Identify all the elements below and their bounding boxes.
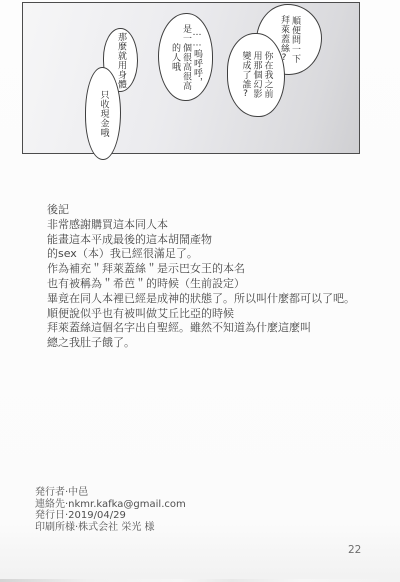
colophon-printer: 印刷所様·株式会社 栄光 様 <box>35 522 335 534</box>
bubble-text-column: 順便問一下 <box>289 15 300 64</box>
colophon-date: 発行日·2019/04/29 <box>35 510 335 522</box>
page-number: 22 <box>348 544 361 556</box>
afterword-line: 作為補充＂拜萊蓋絲＂是示巴女王的本名 <box>47 262 382 277</box>
afterword-text: 後記 非常感謝購買這本同人本 能畫這本平成最後的這本胡鬧產物 的sex（本）我已… <box>47 203 382 351</box>
bubble-text: ……嗚呼呼， 是一個很高很高 的人哦 <box>169 24 202 91</box>
colophon: 発行者·中邑 連絡先·nkmr.kafka@gmail.com 発行日·2019… <box>35 487 335 533</box>
afterword-line: 畢竟在同人本裡已經是成神的狀態了。所以叫什麼都可以了吧。 <box>47 292 382 307</box>
bubble-text: 你在我之前 用那個幻影 變成了誰? <box>240 51 273 100</box>
afterword-line: 也有被稱為＂希芭＂的時候（生前設定） <box>47 277 382 292</box>
bubble-text-column: 的人哦 <box>169 24 180 91</box>
bubble-text-column: ……嗚呼呼， <box>191 24 202 91</box>
bubble-text-column: 變成了誰? <box>240 51 251 100</box>
colophon-publisher: 発行者·中邑 <box>35 487 335 499</box>
afterword-title: 後記 <box>47 203 382 218</box>
afterword-line: 順便說似乎也有被叫做艾丘比亞的時候 <box>47 307 382 322</box>
bubble-text: 只收現金哦 <box>98 90 109 138</box>
afterword-line: 非常感謝購買這本同人本 <box>47 218 382 233</box>
afterword-line: 的sex（本）我已經很滿足了。 <box>47 247 382 262</box>
bubble-text: 那麼就用身體 <box>115 32 126 89</box>
manga-panel: 順便問一下 拜萊蓋絲? ……嗚呼呼， 是一個很高很高 的人哦 你在我之前 用那個… <box>22 2 360 154</box>
afterword-line: 拜萊蓋絲這個名字出自聖經。雖然不知道為什麼這麼叫 <box>47 321 382 336</box>
speech-bubble-cash: 只收現金哦 <box>85 67 121 160</box>
afterword-line: 總之我肚子餓了。 <box>47 336 382 351</box>
speech-bubble-who: 你在我之前 用那個幻影 變成了誰? <box>227 33 285 117</box>
bubble-text-column: 那麼就用身體 <box>115 32 126 89</box>
scanned-doujin-page: 順便問一下 拜萊蓋絲? ……嗚呼呼， 是一個很高很高 的人哦 你在我之前 用那個… <box>0 0 400 582</box>
bubble-text-column: 用那個幻影 <box>251 51 262 100</box>
bubble-text-column: 是一個很高很高 <box>180 24 191 91</box>
bubble-text-column: 你在我之前 <box>262 51 273 100</box>
bubble-text-column: 只收現金哦 <box>98 90 109 138</box>
afterword-line: 能畫這本平成最後的這本胡鬧產物 <box>47 233 382 248</box>
colophon-contact: 連絡先·nkmr.kafka@gmail.com <box>35 499 335 511</box>
speech-bubble-tall-person: ……嗚呼呼， 是一個很高很高 的人哦 <box>158 13 213 101</box>
